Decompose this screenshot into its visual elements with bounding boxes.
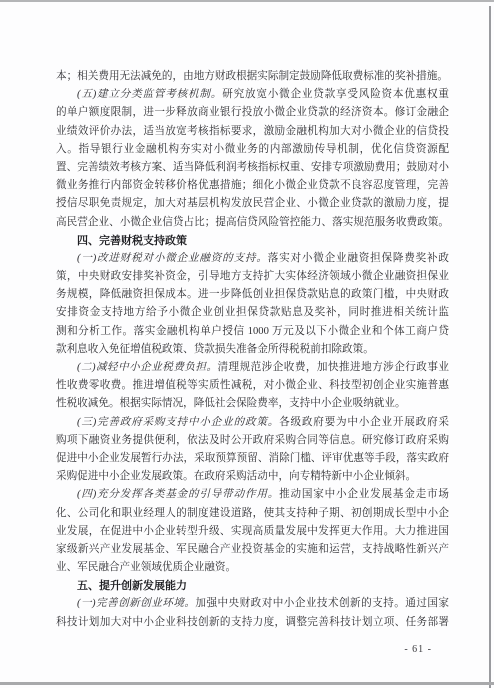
text-line: 购项下融资业务提供便利，依法及时公开政府采购合同等信息。研究修订政府采购 — [56, 432, 449, 450]
body-text: 四、完善财税支持政策 — [77, 235, 187, 247]
text-line: 务规模，降低融资担保成本。进一步降低创业担保贷款贴息的政策门槛，中央财政 — [56, 286, 449, 304]
body-text: 各级政府要为中小企业开展政府采 — [279, 417, 449, 428]
body-text: 五、提升创新发展能力 — [77, 580, 187, 592]
body-text: 购项下融资业务提供便利，依法及时公开政府采购合同等信息。研究修订政府采购 — [56, 435, 449, 446]
page-right-edge — [489, 6, 491, 688]
lead-in-text: (一)改进财税对小微企业融资的支持。 — [77, 253, 268, 264]
text-line: 业、军民融合产业领域优质企业融资。 — [56, 559, 449, 577]
lead-in-text: (五)建立分类监管考核机制。 — [77, 89, 222, 100]
text-line: 安排资金支持地方给予小微企业创业担保贷款贴息及奖补，同时推进相关统计监 — [56, 304, 449, 322]
text-line: (三)完善政府采购支持中小企业的政策。各级政府要为中小企业开展政府采 — [56, 414, 449, 432]
text-line: 高民营企业、小微企业信贷占比；提高信贷风险管控能力、落实规范服务收费政策。 — [56, 214, 449, 232]
lead-in-text: (四)充分发挥各类基金的引导带动作用。 — [77, 489, 279, 500]
text-line: 化、公司化和职业经理人的制度建设道路，使其支持种子期、初创期成长型中小企 — [56, 505, 449, 523]
body-text: 推动国家中小企业发展基金走市场 — [279, 489, 449, 500]
body-text: 科技计划加大对中小企业科技创新的支持力度，调整完善科技计划立项、任务部署 — [56, 617, 449, 628]
document-page: 本；相关费用无法减免的，由地方财政根据实际制定鼓励降低取费标准的奖补措施。(五)… — [0, 0, 494, 688]
text-line: 款利息收入免征增值税政策、贷款损失准备金所得税税前扣除政策。 — [56, 341, 449, 359]
lead-in-text: (三)完善政府采购支持中小企业的政策。 — [77, 417, 279, 428]
page-number: - 61 - — [404, 644, 432, 655]
body-text: 款利息收入免征增值税政策、贷款损失准备金所得税税前扣除政策。 — [56, 344, 374, 355]
body-text: 业绩效评价办法，适当放宽考核指标要求，激励金融机构加大对小微企业的信贷投 — [56, 126, 449, 137]
text-line: 性收费零收费。推进增值税等实质性减税，对小微企业、科技型初创企业实施普惠 — [56, 377, 449, 395]
text-line: 业发展，在促进中小企业转型升级、实现高质量发展中发挥更大作用。大力推进国 — [56, 523, 449, 541]
text-line: 的单户额度限制，进一步释放商业银行投放小微企业贷款的经济资本。修订金融企 — [56, 104, 449, 122]
body-text: 高民营企业、小微企业信贷占比；提高信贷风险管控能力、落实规范服务收费政策。 — [56, 217, 449, 228]
text-line: (一)完善创新创业环境。加强中央财政对中小企业技术创新的支持。通过国家 — [56, 595, 449, 613]
body-text: 本；相关费用无法减免的，由地方财政根据实际制定鼓励降低取费标准的奖补措施。 — [56, 71, 448, 82]
body-text: 采购促进中小企业发展政策。在政府采购活动中，向专精特新中小企业倾斜。 — [56, 471, 416, 482]
text-line: 本；相关费用无法减免的，由地方财政根据实际制定鼓励降低取费标准的奖补措施。 — [56, 68, 449, 86]
text-line: 促进中小企业发展暂行办法，采取预算预留、消除门槛、评审优惠等手段，落实政府 — [56, 450, 449, 468]
text-line: (二)减轻中小企业税费负担。清理规范涉企收费，加快推进地方涉企行政事业 — [56, 359, 449, 377]
page-top-edge — [0, 0, 494, 2]
body-text: 务规模，降低融资担保成本。进一步降低创业担保贷款贴息的政策门槛，中央财政 — [56, 289, 449, 300]
text-line: 微业务推行内部资金转移价格优惠措施；细化小微企业贷款不良容忍度管理，完善 — [56, 177, 449, 195]
lead-in-text: (二)减轻中小企业税费负担。 — [77, 362, 218, 373]
text-line: 入。指导银行业金融机构夯实对小微业务的内部激励传导机制，优化信贷资源配 — [56, 141, 449, 159]
text-line: 测和分析工作。落实金融机构单户授信 1000 万元及以下小微企业和个体工商户贷 — [56, 323, 449, 341]
body-text: 促进中小企业发展暂行办法，采取预算预留、消除门槛、评审优惠等手段，落实政府 — [56, 453, 449, 464]
body-text: 家级新兴产业发展基金、军民融合产业投资基金的实施和运营，支持战略性新兴产 — [56, 544, 449, 555]
body-text: 入。指导银行业金融机构夯实对小微业务的内部激励传导机制，优化信贷资源配 — [56, 144, 449, 155]
body-text: 业发展，在促进中小企业转型升级、实现高质量发展中发挥更大作用。大力推进国 — [56, 526, 449, 537]
body-text: 的单户额度限制，进一步释放商业银行投放小微企业贷款的经济资本。修订金融企 — [56, 107, 449, 118]
text-line: 科技计划加大对中小企业科技创新的支持力度，调整完善科技计划立项、任务部署 — [56, 614, 449, 632]
body-text: 化、公司化和职业经理人的制度建设道路，使其支持种子期、初创期成长型中小企 — [56, 508, 449, 519]
body-text: 清理规范涉企收费，加快推进地方涉企行政事业 — [218, 362, 450, 373]
body-text: 研究放宽小微企业贷款享受风险资本优惠权重 — [222, 89, 449, 100]
body-text: 性收费零收费。推进增值税等实质性减税，对小微企业、科技型初创企业实施普惠 — [56, 380, 449, 391]
lead-in-text: (一)完善创新创业环境。 — [77, 598, 195, 609]
text-line: 性税收减免。根据实际情况，降低社会保险费率，支持中小企业吸纳就业。 — [56, 395, 449, 413]
body-text: 授信尽职免责规定，加大对基层机构发放民营企业、小微企业贷款的激励力度，提 — [56, 198, 449, 209]
section-heading: 四、完善财税支持政策 — [56, 232, 449, 250]
text-line: 家级新兴产业发展基金、军民融合产业投资基金的实施和运营，支持战略性新兴产 — [56, 541, 449, 559]
body-text: 加强中央财政对中小企业技术创新的支持。通过国家 — [195, 598, 449, 609]
text-line: 业绩效评价办法，适当放宽考核指标要求，激励金融机构加大对小微企业的信贷投 — [56, 123, 449, 141]
text-line: 采购促进中小企业发展政策。在政府采购活动中，向专精特新中小企业倾斜。 — [56, 468, 449, 486]
text-line: (四)充分发挥各类基金的引导带动作用。推动国家中小企业发展基金走市场 — [56, 486, 449, 504]
body-text: 微业务推行内部资金转移价格优惠措施；细化小微企业贷款不良容忍度管理，完善 — [56, 180, 449, 191]
body-text: 策，中央财政安排奖补资金，引导地方支持扩大实体经济领域小微企业融资担保业 — [56, 271, 449, 282]
body-text: 安排资金支持地方给予小微企业创业担保贷款贴息及奖补，同时推进相关统计监 — [56, 307, 449, 318]
body-text: 业、军民融合产业领域优质企业融资。 — [56, 562, 236, 573]
text-line: (一)改进财税对小微企业融资的支持。落实对小微企业融资担保降费奖补政 — [56, 250, 449, 268]
text-line: 授信尽职免责规定，加大对基层机构发放民营企业、小微企业贷款的激励力度，提 — [56, 195, 449, 213]
body-text: 性税收减免。根据实际情况，降低社会保险费率，支持中小企业吸纳就业。 — [56, 398, 406, 409]
text-line: 策，中央财政安排奖补资金，引导地方支持扩大实体经济领域小微企业融资担保业 — [56, 268, 449, 286]
body-text: 落实对小微企业融资担保降费奖补政 — [268, 253, 449, 264]
page-bottom-edge — [0, 682, 494, 685]
text-line: 置、完善绩效考核方案、适当降低利润考核指标权重、安排专项激励费用；鼓励对小 — [56, 159, 449, 177]
section-heading: 五、提升创新发展能力 — [56, 577, 449, 595]
body-text: 测和分析工作。落实金融机构单户授信 1000 万元及以下小微企业和个体工商户贷 — [56, 326, 449, 337]
text-line: (五)建立分类监管考核机制。研究放宽小微企业贷款享受风险资本优惠权重 — [56, 86, 449, 104]
document-text: 本；相关费用无法减免的，由地方财政根据实际制定鼓励降低取费标准的奖补措施。(五)… — [56, 68, 449, 632]
body-text: 置、完善绩效考核方案、适当降低利润考核指标权重、安排专项激励费用；鼓励对小 — [56, 162, 449, 173]
